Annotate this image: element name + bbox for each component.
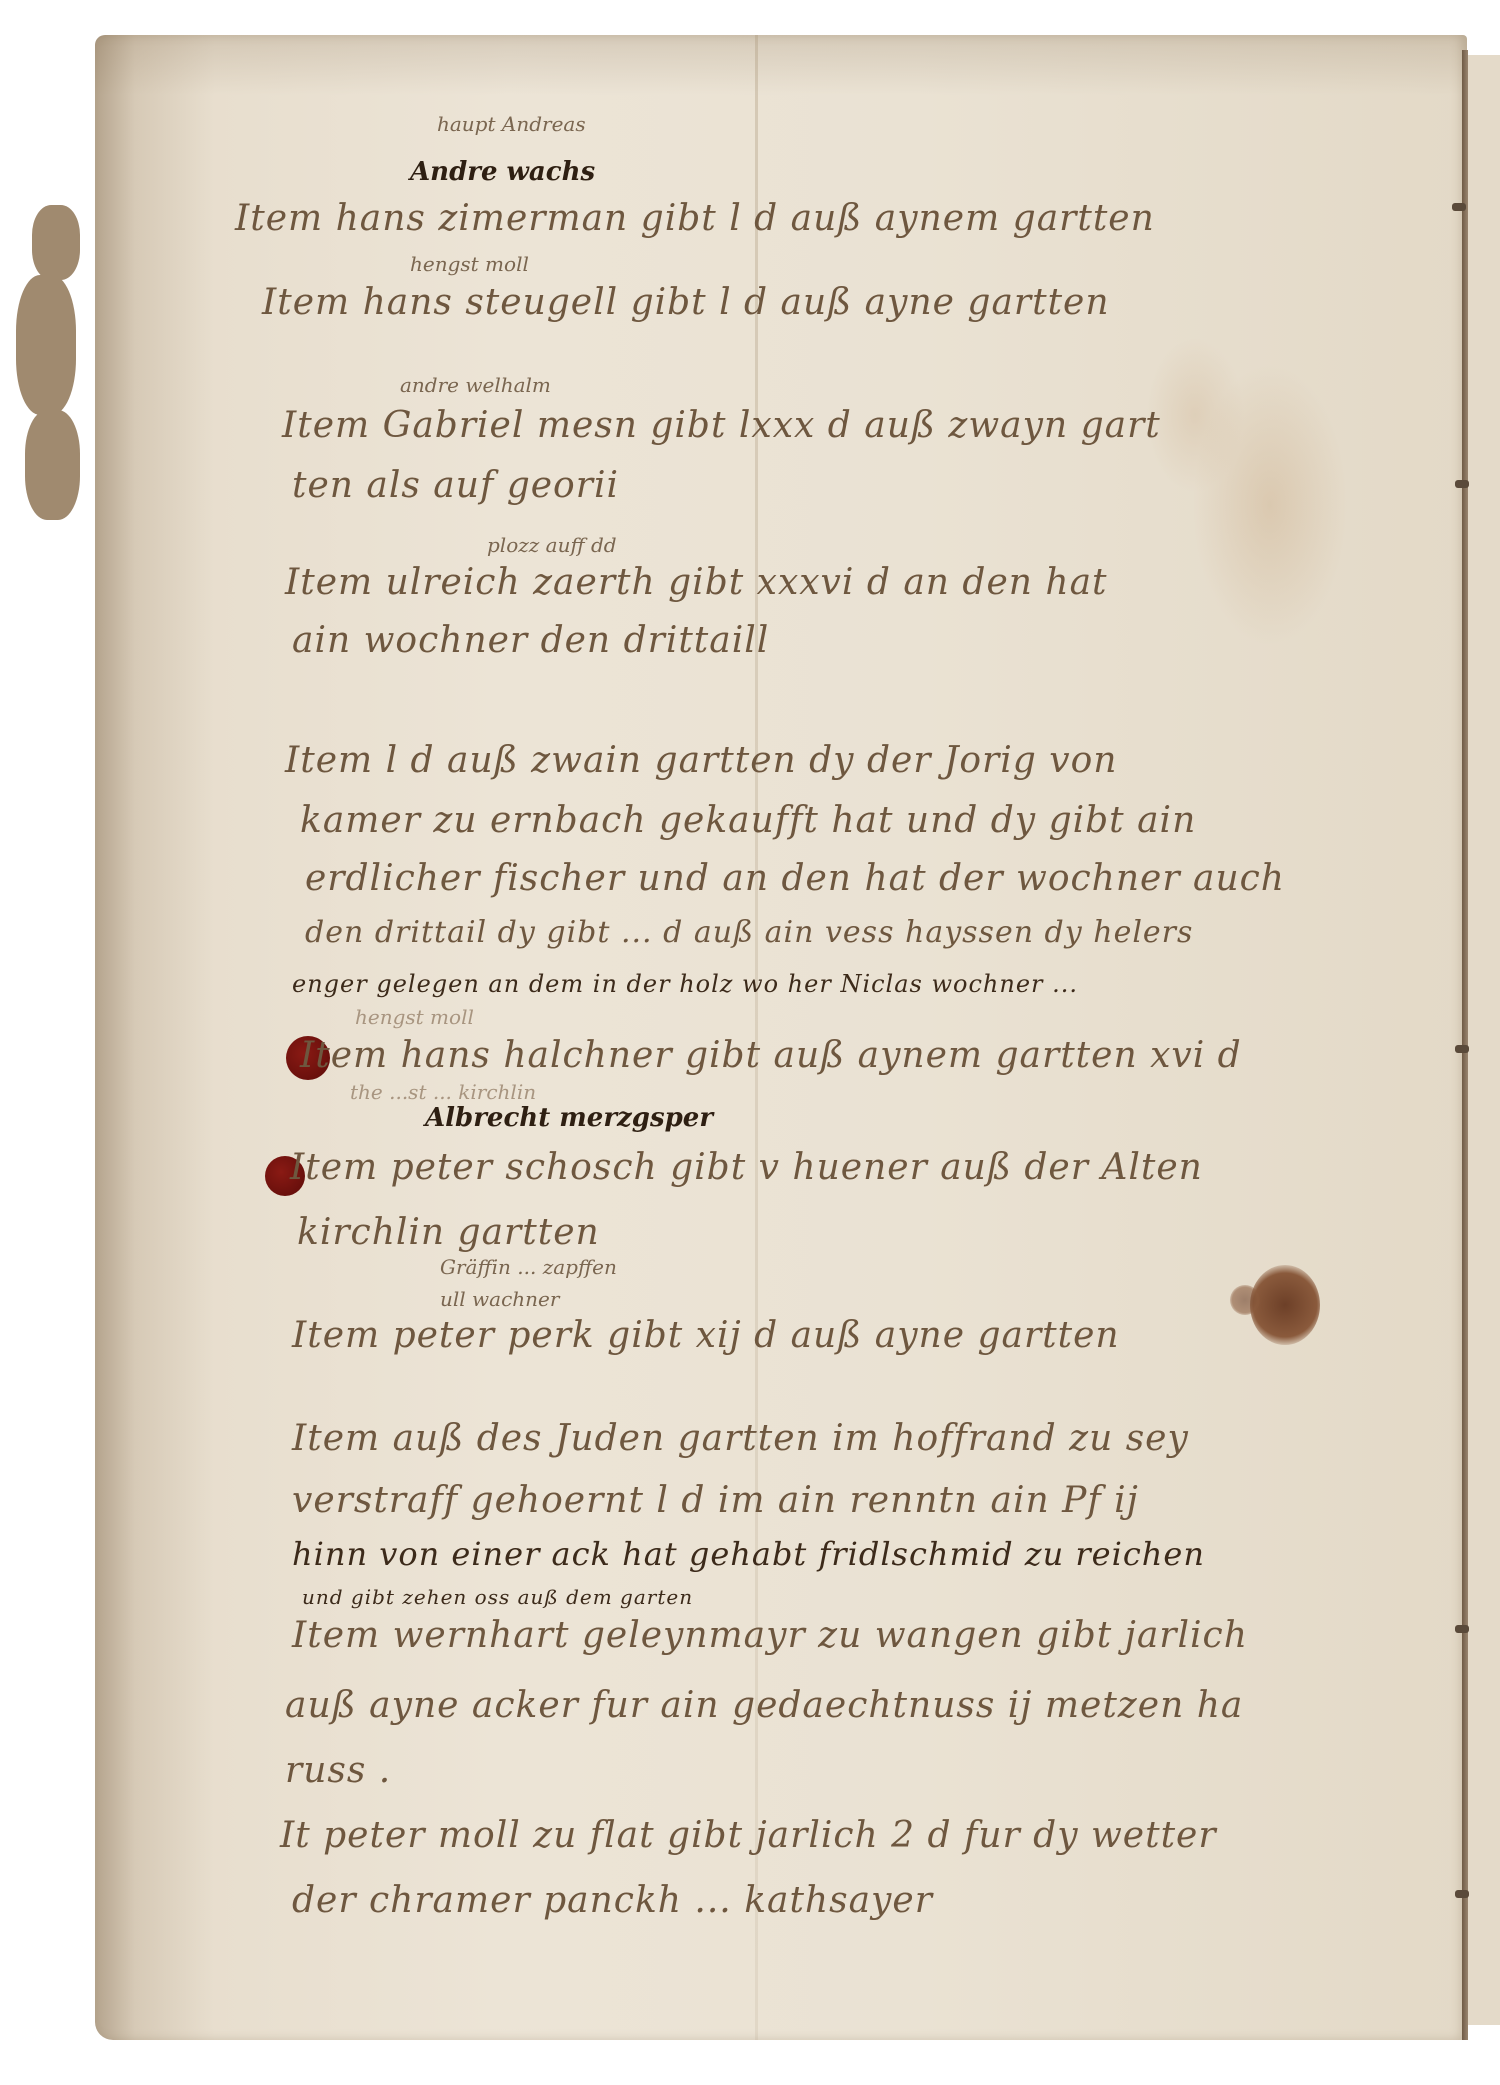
text-line: kirchlin gartten: [297, 1212, 600, 1253]
binding-stitch: [1455, 1045, 1469, 1053]
torn-edge: [25, 410, 80, 520]
text-line: It peter moll zu flat gibt jarlich 2 d f…: [280, 1815, 1217, 1856]
text-line: erdlicher fischer und an den hat der woc…: [305, 858, 1285, 899]
annotation: hengst moll: [410, 252, 529, 276]
text-line: russ .: [285, 1750, 391, 1791]
binding-stitch: [1455, 480, 1469, 488]
text-line: Item hans steugell gibt l d auß ayne gar…: [262, 282, 1110, 323]
binding-stitch: [1455, 1890, 1469, 1898]
text-line: Item auß des Juden gartten im hoffrand z…: [292, 1418, 1189, 1459]
text-line: hinn von einer ack hat gehabt fridlschmi…: [292, 1535, 1205, 1573]
text-line: Item peter perk gibt xij d auß ayne gart…: [292, 1315, 1120, 1356]
text-line: Item Gabriel mesn gibt lxxx d auß zwayn …: [282, 405, 1161, 446]
text-line: Item peter schosch gibt v huener auß der…: [290, 1147, 1203, 1188]
ink-stain: [1250, 1265, 1320, 1345]
text-line: ten als auf georii: [292, 465, 619, 506]
text-line: Item hans halchner gibt auß aynem gartte…: [300, 1035, 1242, 1076]
binding-stitch: [1452, 203, 1466, 211]
text-line: der chramer panckh ... kathsayer: [292, 1880, 933, 1921]
text-line: Item hans zimerman gibt l d auß aynem ga…: [235, 198, 1155, 239]
annotation: haupt Andreas: [437, 112, 586, 136]
annotation: andre welhalm: [400, 373, 551, 397]
annotation: the ...st ... kirchlin: [350, 1080, 536, 1104]
text-line: den drittail dy gibt ... d auß ain vess …: [305, 915, 1193, 950]
text-line: und gibt zehen oss auß dem garten: [302, 1585, 693, 1609]
text-line: auß ayne acker fur ain gedaechtnuss ij m…: [285, 1685, 1243, 1726]
annotation: Gräffin ... zapffen: [440, 1255, 617, 1279]
annotation: ull wachner: [440, 1287, 559, 1311]
adjacent-leaf: [1468, 55, 1500, 2025]
torn-edge: [32, 205, 80, 280]
binding-stitch: [1455, 1625, 1469, 1633]
text-line: kamer zu ernbach gekaufft hat und dy gib…: [300, 800, 1196, 841]
annotation: plozz auff dd: [487, 533, 617, 557]
text-line: Item l d auß zwain gartten dy der Jorig …: [285, 740, 1117, 781]
torn-edge: [16, 275, 76, 415]
text-line: Item ulreich zaerth gibt xxxvi d an den …: [285, 562, 1108, 603]
text-line: enger gelegen an dem in der holz wo her …: [292, 970, 1078, 998]
text-line: verstraff gehoernt l d im ain renntn ain…: [292, 1480, 1139, 1521]
text-line: ain wochner den drittaill: [292, 620, 769, 661]
annotation: Albrecht merzgsper: [425, 1103, 713, 1133]
annotation: hengst moll: [355, 1005, 474, 1029]
text-line: Item wernhart geleynmayr zu wangen gibt …: [292, 1615, 1248, 1656]
ink-stain: [1230, 1285, 1260, 1315]
annotation: Andre wachs: [410, 157, 595, 187]
